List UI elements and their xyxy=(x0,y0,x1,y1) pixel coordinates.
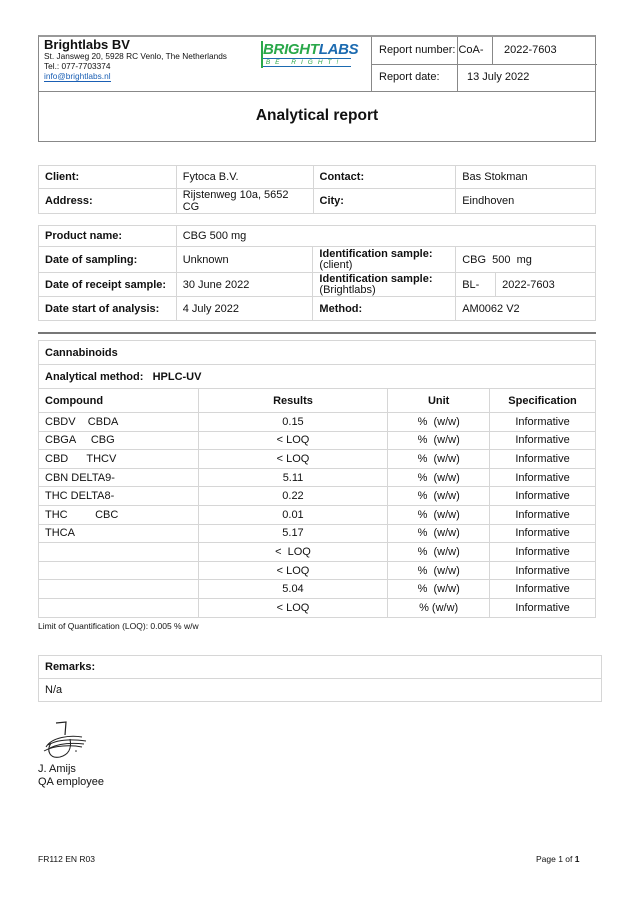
cannabinoids-body: CBDV CBDA0.15% (w/w)InformativeCBGA CBG<… xyxy=(39,413,596,618)
table-row: 5.04% (w/w)Informative xyxy=(39,580,596,599)
form-code: FR112 EN R03 xyxy=(38,854,95,864)
method-value: AM0062 V2 xyxy=(456,297,596,321)
col-header-compound: Compound xyxy=(39,389,199,413)
remarks-header-row: Remarks: xyxy=(39,656,602,679)
compound-cell: CBGA CBG xyxy=(39,431,199,450)
result-cell: < LOQ xyxy=(198,543,388,562)
analytical-method-label: Analytical method: xyxy=(45,371,143,383)
spec-cell: Informative xyxy=(490,487,596,506)
id-lab-label: Identification sample:(Brightlabs) xyxy=(313,273,456,297)
sampling-row: Date of sampling: Unknown Identification… xyxy=(39,247,596,273)
id-client-sub: (client) xyxy=(319,260,449,271)
spec-cell: Informative xyxy=(490,543,596,562)
table-row: < LOQ% (w/w)Informative xyxy=(39,561,596,580)
sampling-value: Unknown xyxy=(176,247,313,273)
page-total: 1 xyxy=(575,854,580,864)
col-header-unit: Unit xyxy=(388,389,490,413)
client-table: Client: Fytoca B.V. Contact: Bas Stokman… xyxy=(38,165,596,214)
compound-cell: CBN DELTA9- xyxy=(39,468,199,487)
spec-cell: Informative xyxy=(490,580,596,599)
result-cell: 0.22 xyxy=(198,487,388,506)
address-label: Address: xyxy=(39,189,177,214)
report-header: Brightlabs BV St. Jansweg 20, 5928 RC Ve… xyxy=(38,35,596,142)
spec-cell: Informative xyxy=(490,413,596,432)
analysis-start-label: Date start of analysis: xyxy=(39,297,177,321)
logo-word-bright: BRIGHT xyxy=(263,41,319,58)
section-divider xyxy=(38,332,596,334)
report-number-value: 2022-7603 xyxy=(504,44,557,56)
title-row: Analytical report xyxy=(39,91,595,144)
table-row: THCA5.17% (w/w)Informative xyxy=(39,524,596,543)
id-client-label: Identification sample:(client) xyxy=(313,247,456,273)
result-cell: 5.17 xyxy=(198,524,388,543)
address-value: Rijstenweg 10a, 5652 CG xyxy=(176,189,313,214)
company-block: Brightlabs BV St. Jansweg 20, 5928 RC Ve… xyxy=(39,37,371,91)
logo-wordmark: BRIGHTLABS xyxy=(263,41,358,58)
unit-cell: % (w/w) xyxy=(388,580,490,599)
compound-cell: THC CBC xyxy=(39,505,199,524)
compound-cell xyxy=(39,580,199,599)
company-address: St. Jansweg 20, 5928 RC Venlo, The Nethe… xyxy=(44,51,227,61)
logo-tagline: BE RIGHT! xyxy=(263,58,351,67)
product-table: Product name: CBG 500 mg Date of samplin… xyxy=(38,225,596,321)
signer-block: J. Amijs QA employee xyxy=(38,763,104,789)
table-row: < LOQ% (w/w)Informative xyxy=(39,598,596,617)
page-prefix: Page 1 of xyxy=(536,854,575,864)
spec-cell: Informative xyxy=(490,524,596,543)
col-header-results: Results xyxy=(198,389,388,413)
table-row: CBDV CBDA0.15% (w/w)Informative xyxy=(39,413,596,432)
spec-cell: Informative xyxy=(490,598,596,617)
cannabinoids-table: Cannabinoids Analytical method: HPLC-UV … xyxy=(38,340,596,618)
id-lab-prefix: BL- xyxy=(456,273,496,297)
table-row: CBGA CBG< LOQ% (w/w)Informative xyxy=(39,431,596,450)
report-meta: Report number: CoA- 2022-7603 Report dat… xyxy=(371,37,597,91)
analysis-start-value: 4 July 2022 xyxy=(176,297,313,321)
remarks-label: Remarks: xyxy=(39,656,602,679)
page-title: Analytical report xyxy=(39,107,595,125)
report-number-label: Report number: CoA- xyxy=(379,44,484,56)
report-date-value: 13 July 2022 xyxy=(467,71,529,83)
company-name: Brightlabs BV xyxy=(44,37,130,52)
result-cell: < LOQ xyxy=(198,431,388,450)
city-label: City: xyxy=(313,189,456,214)
section-title-row: Cannabinoids xyxy=(39,341,596,365)
table-row: THC DELTA8-0.22% (w/w)Informative xyxy=(39,487,596,506)
result-cell: < LOQ xyxy=(198,450,388,469)
compound-cell: CBD THCV xyxy=(39,450,199,469)
unit-cell: % (w/w) xyxy=(388,543,490,562)
compound-cell: THCA xyxy=(39,524,199,543)
spec-cell: Informative xyxy=(490,505,596,524)
product-row: Product name: CBG 500 mg xyxy=(39,226,596,247)
spec-cell: Informative xyxy=(490,561,596,580)
receipt-value: 30 June 2022 xyxy=(176,273,313,297)
address-row: Address: Rijstenweg 10a, 5652 CG City: E… xyxy=(39,189,596,214)
contact-label: Contact: xyxy=(313,166,456,189)
report-date-label: Report date: xyxy=(379,71,440,83)
report-date-row: Report date: 13 July 2022 xyxy=(372,64,597,91)
spec-cell: Informative xyxy=(490,468,596,487)
unit-cell: % (w/w) xyxy=(388,561,490,580)
method-label: Method: xyxy=(313,297,456,321)
company-email-link[interactable]: info@brightlabs.nl xyxy=(44,71,111,82)
divider xyxy=(492,37,493,64)
analytical-method: Analytical method: HPLC-UV xyxy=(39,365,596,389)
unit-cell: % (w/w) xyxy=(388,413,490,432)
brightlabs-logo: BRIGHTLABS BE RIGHT! xyxy=(263,41,353,68)
result-cell: 0.15 xyxy=(198,413,388,432)
divider xyxy=(457,37,458,64)
method-row: Analytical method: HPLC-UV xyxy=(39,365,596,389)
loq-note: Limit of Quantification (LOQ): 0.005 % w… xyxy=(38,621,199,631)
result-cell: 5.11 xyxy=(198,468,388,487)
logo-word-labs: LABS xyxy=(319,41,359,58)
id-lab-label-text: Identification sample: xyxy=(319,273,432,285)
spec-cell: Informative xyxy=(490,450,596,469)
remarks-table: Remarks: N/a xyxy=(38,655,602,702)
id-lab-value: 2022-7603 xyxy=(496,273,596,297)
signature-icon xyxy=(42,717,92,761)
remarks-value-row: N/a xyxy=(39,679,602,702)
section-title: Cannabinoids xyxy=(39,341,596,365)
divider xyxy=(457,64,458,91)
unit-cell: % (w/w) xyxy=(388,431,490,450)
analysis-row: Date start of analysis: 4 July 2022 Meth… xyxy=(39,297,596,321)
remarks-value: N/a xyxy=(39,679,602,702)
column-header-row: Compound Results Unit Specification xyxy=(39,389,596,413)
analytical-method-value: HPLC-UV xyxy=(153,371,202,383)
table-row: THC CBC0.01% (w/w)Informative xyxy=(39,505,596,524)
table-row: CBD THCV< LOQ% (w/w)Informative xyxy=(39,450,596,469)
unit-cell: % (w/w) xyxy=(388,487,490,506)
id-client-label-text: Identification sample: xyxy=(319,248,432,260)
compound-cell xyxy=(39,543,199,562)
result-cell: < LOQ xyxy=(198,561,388,580)
result-cell: 5.04 xyxy=(198,580,388,599)
unit-cell: % (w/w) xyxy=(388,524,490,543)
result-cell: < LOQ xyxy=(198,598,388,617)
receipt-row: Date of receipt sample: 30 June 2022 Ide… xyxy=(39,273,596,297)
unit-cell: % (w/w) xyxy=(388,450,490,469)
signer-name: J. Amijs xyxy=(38,763,104,776)
id-client-value: CBG 500 mg xyxy=(456,247,596,273)
logo-tagline-text: BE RIGHT! xyxy=(266,59,344,66)
table-row: < LOQ% (w/w)Informative xyxy=(39,543,596,562)
sampling-label: Date of sampling: xyxy=(39,247,177,273)
client-value: Fytoca B.V. xyxy=(176,166,313,189)
unit-cell: % (w/w) xyxy=(388,505,490,524)
unit-cell: % (w/w) xyxy=(388,468,490,487)
company-phone: Tel.: 077-7703374 xyxy=(44,61,110,71)
compound-cell: CBDV CBDA xyxy=(39,413,199,432)
report-number-row: Report number: CoA- 2022-7603 xyxy=(372,37,597,65)
col-header-specification: Specification xyxy=(490,389,596,413)
client-label: Client: xyxy=(39,166,177,189)
receipt-label: Date of receipt sample: xyxy=(39,273,177,297)
table-row: CBN DELTA9-5.11% (w/w)Informative xyxy=(39,468,596,487)
product-name-value: CBG 500 mg xyxy=(176,226,595,247)
compound-cell xyxy=(39,561,199,580)
client-row: Client: Fytoca B.V. Contact: Bas Stokman xyxy=(39,166,596,189)
unit-cell: % (w/w) xyxy=(388,598,490,617)
compound-cell xyxy=(39,598,199,617)
spec-cell: Informative xyxy=(490,431,596,450)
contact-value: Bas Stokman xyxy=(456,166,596,189)
product-name-label: Product name: xyxy=(39,226,177,247)
signer-role: QA employee xyxy=(38,776,104,789)
city-value: Eindhoven xyxy=(456,189,596,214)
id-lab-sub: (Brightlabs) xyxy=(319,285,449,296)
page-number: Page 1 of 1 xyxy=(536,854,580,864)
result-cell: 0.01 xyxy=(198,505,388,524)
compound-cell: THC DELTA8- xyxy=(39,487,199,506)
